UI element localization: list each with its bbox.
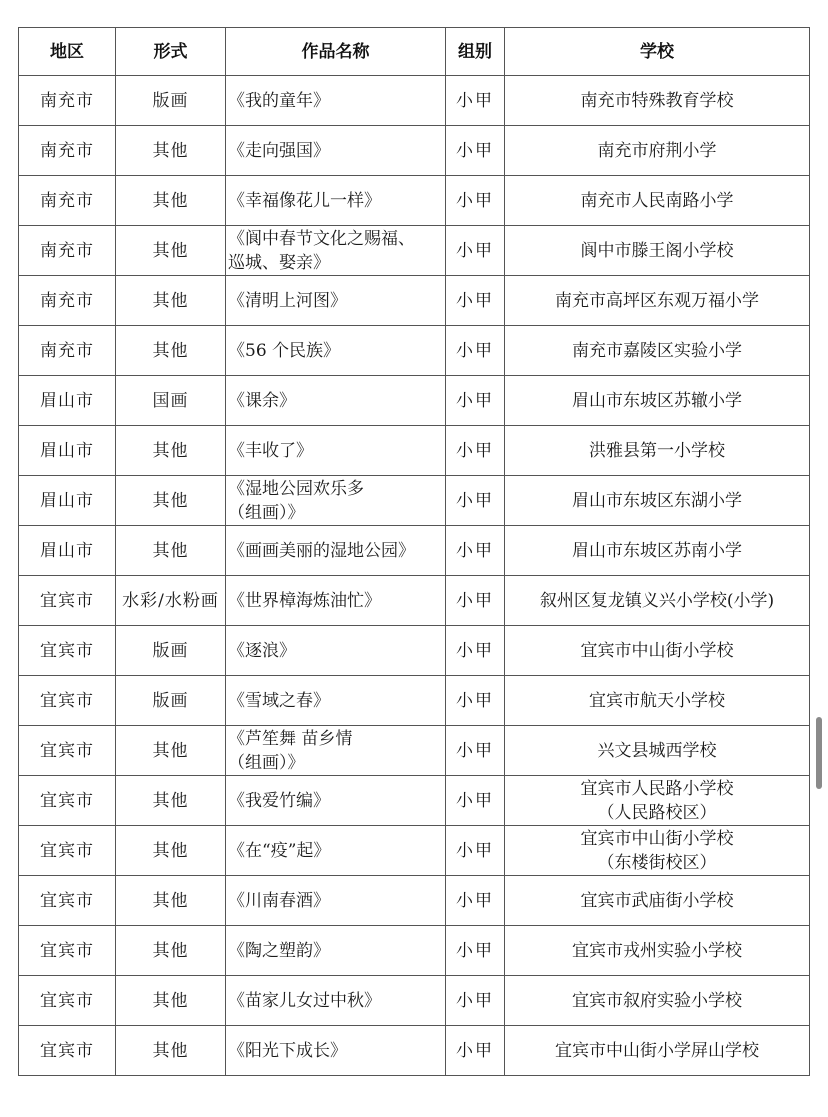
cell-region: 宜宾市 xyxy=(19,676,116,726)
cell-form: 其他 xyxy=(116,776,226,826)
cell-form: 其他 xyxy=(116,426,226,476)
cell-school: 宜宾市航天小学校 xyxy=(505,676,810,726)
cell-school: 宜宾市武庙街小学校 xyxy=(505,876,810,926)
cell-school: 眉山市东坡区东湖小学 xyxy=(505,476,810,526)
cell-title: 《川南春酒》 xyxy=(226,876,446,926)
cell-region: 宜宾市 xyxy=(19,626,116,676)
header-group: 组别 xyxy=(446,28,505,76)
cell-school-line: 宜宾市叙府实验小学校 xyxy=(507,989,807,1013)
award-list-table: 地区 形式 作品名称 组别 学校 南充市版画《我的童年》小甲南充市特殊教育学校南… xyxy=(18,27,810,1076)
cell-school-line: 宜宾市中山街小学校 xyxy=(507,639,807,663)
cell-school: 宜宾市人民路小学校（人民路校区） xyxy=(505,776,810,826)
cell-region: 眉山市 xyxy=(19,526,116,576)
cell-school: 南充市人民南路小学 xyxy=(505,176,810,226)
cell-group: 小甲 xyxy=(446,176,505,226)
cell-group: 小甲 xyxy=(446,376,505,426)
cell-title: 《幸福像花儿一样》 xyxy=(226,176,446,226)
cell-form: 其他 xyxy=(116,326,226,376)
cell-title: 《苗家儿女过中秋》 xyxy=(226,976,446,1026)
cell-school-line: 南充市人民南路小学 xyxy=(507,189,807,213)
table-row: 宜宾市版画《雪域之春》小甲宜宾市航天小学校 xyxy=(19,676,810,726)
cell-title-line: 《课余》 xyxy=(228,389,443,413)
cell-form: 其他 xyxy=(116,976,226,1026)
cell-school: 眉山市东坡区苏辙小学 xyxy=(505,376,810,426)
cell-title-line: 《幸福像花儿一样》 xyxy=(228,189,443,213)
table-row: 宜宾市水彩/水粉画《世界樟海炼油忙》小甲叙州区复龙镇义兴小学校(小学) xyxy=(19,576,810,626)
cell-title-line: 《丰收了》 xyxy=(228,439,443,463)
table-row: 南充市其他《56 个民族》小甲南充市嘉陵区实验小学 xyxy=(19,326,810,376)
cell-school-line: 眉山市东坡区苏南小学 xyxy=(507,539,807,563)
header-school: 学校 xyxy=(505,28,810,76)
cell-form: 其他 xyxy=(116,1026,226,1076)
cell-group: 小甲 xyxy=(446,626,505,676)
cell-region: 南充市 xyxy=(19,276,116,326)
vertical-scrollbar-thumb[interactable] xyxy=(816,717,822,789)
cell-form: 其他 xyxy=(116,726,226,776)
cell-title-line: （组画）》 xyxy=(228,751,443,775)
cell-form: 其他 xyxy=(116,876,226,926)
table-row: 宜宾市其他《芦笙舞 苗乡情（组画）》小甲兴文县城西学校 xyxy=(19,726,810,776)
cell-school-line: 宜宾市航天小学校 xyxy=(507,689,807,713)
cell-school-line: 眉山市东坡区东湖小学 xyxy=(507,489,807,513)
cell-title: 《雪域之春》 xyxy=(226,676,446,726)
cell-group: 小甲 xyxy=(446,826,505,876)
table-row: 宜宾市其他《在“疫”起》小甲宜宾市中山街小学校（东楼街校区） xyxy=(19,826,810,876)
cell-group: 小甲 xyxy=(446,126,505,176)
cell-title: 《世界樟海炼油忙》 xyxy=(226,576,446,626)
cell-title: 《课余》 xyxy=(226,376,446,426)
cell-region: 宜宾市 xyxy=(19,776,116,826)
cell-group: 小甲 xyxy=(446,526,505,576)
cell-school-line: 兴文县城西学校 xyxy=(507,739,807,763)
cell-title: 《画画美丽的湿地公园》 xyxy=(226,526,446,576)
table-row: 宜宾市其他《苗家儿女过中秋》小甲宜宾市叙府实验小学校 xyxy=(19,976,810,1026)
table-row: 南充市版画《我的童年》小甲南充市特殊教育学校 xyxy=(19,76,810,126)
cell-school: 南充市高坪区东观万福小学 xyxy=(505,276,810,326)
cell-school-line: （人民路校区） xyxy=(507,801,807,825)
cell-form: 其他 xyxy=(116,526,226,576)
cell-title: 《湿地公园欢乐多（组画）》 xyxy=(226,476,446,526)
cell-title: 《阳光下成长》 xyxy=(226,1026,446,1076)
table-row: 眉山市其他《画画美丽的湿地公园》小甲眉山市东坡区苏南小学 xyxy=(19,526,810,576)
cell-title-line: 《川南春酒》 xyxy=(228,889,443,913)
cell-form: 版画 xyxy=(116,76,226,126)
cell-school-line: 洪雅县第一小学校 xyxy=(507,439,807,463)
cell-region: 眉山市 xyxy=(19,476,116,526)
cell-group: 小甲 xyxy=(446,276,505,326)
cell-form: 其他 xyxy=(116,176,226,226)
cell-school-line: （东楼街校区） xyxy=(507,851,807,875)
cell-title-line: 《湿地公园欢乐多 xyxy=(228,477,443,501)
cell-group: 小甲 xyxy=(446,426,505,476)
table-row: 宜宾市其他《阳光下成长》小甲宜宾市中山街小学屏山学校 xyxy=(19,1026,810,1076)
cell-form: 版画 xyxy=(116,676,226,726)
cell-school-line: 叙州区复龙镇义兴小学校(小学) xyxy=(507,589,807,613)
cell-region: 宜宾市 xyxy=(19,976,116,1026)
cell-region: 南充市 xyxy=(19,76,116,126)
cell-school-line: 宜宾市戎州实验小学校 xyxy=(507,939,807,963)
cell-school: 宜宾市叙府实验小学校 xyxy=(505,976,810,1026)
cell-title: 《阆中春节文化之赐福、巡城、娶亲》 xyxy=(226,226,446,276)
cell-title-line: 《阆中春节文化之赐福、 xyxy=(228,227,443,251)
cell-group: 小甲 xyxy=(446,1026,505,1076)
header-region: 地区 xyxy=(19,28,116,76)
cell-title-line: 《雪域之春》 xyxy=(228,689,443,713)
cell-title-line: 《阳光下成长》 xyxy=(228,1039,443,1063)
cell-title-line: 《逐浪》 xyxy=(228,639,443,663)
cell-school: 南充市嘉陵区实验小学 xyxy=(505,326,810,376)
table-body: 南充市版画《我的童年》小甲南充市特殊教育学校南充市其他《走向强国》小甲南充市府荆… xyxy=(19,76,810,1076)
cell-form: 其他 xyxy=(116,826,226,876)
cell-school: 叙州区复龙镇义兴小学校(小学) xyxy=(505,576,810,626)
cell-region: 宜宾市 xyxy=(19,726,116,776)
cell-form: 其他 xyxy=(116,476,226,526)
cell-title-line: 《我的童年》 xyxy=(228,89,443,113)
table-row: 眉山市其他《丰收了》小甲洪雅县第一小学校 xyxy=(19,426,810,476)
cell-region: 南充市 xyxy=(19,126,116,176)
cell-form: 其他 xyxy=(116,226,226,276)
table-row: 宜宾市其他《我爱竹编》小甲宜宾市人民路小学校（人民路校区） xyxy=(19,776,810,826)
cell-school-line: 南充市特殊教育学校 xyxy=(507,89,807,113)
cell-title: 《在“疫”起》 xyxy=(226,826,446,876)
cell-school-line: 宜宾市中山街小学校 xyxy=(507,827,807,851)
cell-group: 小甲 xyxy=(446,326,505,376)
cell-school: 眉山市东坡区苏南小学 xyxy=(505,526,810,576)
cell-group: 小甲 xyxy=(446,476,505,526)
cell-school-line: 南充市府荆小学 xyxy=(507,139,807,163)
table-row: 南充市其他《走向强国》小甲南充市府荆小学 xyxy=(19,126,810,176)
cell-school-line: 眉山市东坡区苏辙小学 xyxy=(507,389,807,413)
cell-title-line: 《在“疫”起》 xyxy=(228,839,443,863)
cell-group: 小甲 xyxy=(446,976,505,1026)
cell-title-line: 《清明上河图》 xyxy=(228,289,443,313)
table-row: 宜宾市其他《川南春酒》小甲宜宾市武庙街小学校 xyxy=(19,876,810,926)
cell-title-line: 《画画美丽的湿地公园》 xyxy=(228,539,443,563)
cell-school: 宜宾市中山街小学校 xyxy=(505,626,810,676)
cell-title: 《我的童年》 xyxy=(226,76,446,126)
document-table-container: 地区 形式 作品名称 组别 学校 南充市版画《我的童年》小甲南充市特殊教育学校南… xyxy=(18,27,809,1076)
cell-form: 其他 xyxy=(116,926,226,976)
cell-title-line: 巡城、娶亲》 xyxy=(228,251,443,275)
cell-form: 其他 xyxy=(116,126,226,176)
cell-form: 其他 xyxy=(116,276,226,326)
cell-form: 水彩/水粉画 xyxy=(116,576,226,626)
cell-region: 宜宾市 xyxy=(19,826,116,876)
cell-title-line: 《走向强国》 xyxy=(228,139,443,163)
cell-title-line: 《世界樟海炼油忙》 xyxy=(228,589,443,613)
table-row: 南充市其他《阆中春节文化之赐福、巡城、娶亲》小甲阆中市滕王阁小学校 xyxy=(19,226,810,276)
cell-title: 《丰收了》 xyxy=(226,426,446,476)
cell-title-line: 《56 个民族》 xyxy=(228,339,443,363)
cell-region: 眉山市 xyxy=(19,376,116,426)
cell-school-line: 阆中市滕王阁小学校 xyxy=(507,239,807,263)
cell-school: 南充市府荆小学 xyxy=(505,126,810,176)
cell-region: 南充市 xyxy=(19,176,116,226)
cell-group: 小甲 xyxy=(446,576,505,626)
cell-school: 宜宾市中山街小学屏山学校 xyxy=(505,1026,810,1076)
cell-school: 兴文县城西学校 xyxy=(505,726,810,776)
cell-title: 《我爱竹编》 xyxy=(226,776,446,826)
cell-form: 国画 xyxy=(116,376,226,426)
cell-title: 《56 个民族》 xyxy=(226,326,446,376)
cell-school: 宜宾市戎州实验小学校 xyxy=(505,926,810,976)
header-form: 形式 xyxy=(116,28,226,76)
cell-school-line: 宜宾市武庙街小学校 xyxy=(507,889,807,913)
cell-region: 宜宾市 xyxy=(19,876,116,926)
cell-title: 《走向强国》 xyxy=(226,126,446,176)
table-row: 南充市其他《清明上河图》小甲南充市高坪区东观万福小学 xyxy=(19,276,810,326)
cell-group: 小甲 xyxy=(446,876,505,926)
cell-form: 版画 xyxy=(116,626,226,676)
cell-group: 小甲 xyxy=(446,776,505,826)
table-row: 眉山市其他《湿地公园欢乐多（组画）》小甲眉山市东坡区东湖小学 xyxy=(19,476,810,526)
table-row: 宜宾市其他《陶之塑韵》小甲宜宾市戎州实验小学校 xyxy=(19,926,810,976)
cell-school: 阆中市滕王阁小学校 xyxy=(505,226,810,276)
cell-region: 宜宾市 xyxy=(19,576,116,626)
cell-region: 南充市 xyxy=(19,226,116,276)
cell-region: 宜宾市 xyxy=(19,1026,116,1076)
cell-school: 宜宾市中山街小学校（东楼街校区） xyxy=(505,826,810,876)
header-title: 作品名称 xyxy=(226,28,446,76)
cell-group: 小甲 xyxy=(446,76,505,126)
cell-title-line: 《陶之塑韵》 xyxy=(228,939,443,963)
cell-group: 小甲 xyxy=(446,926,505,976)
cell-region: 宜宾市 xyxy=(19,926,116,976)
table-row: 南充市其他《幸福像花儿一样》小甲南充市人民南路小学 xyxy=(19,176,810,226)
cell-school-line: 南充市嘉陵区实验小学 xyxy=(507,339,807,363)
cell-title: 《逐浪》 xyxy=(226,626,446,676)
cell-title-line: 《芦笙舞 苗乡情 xyxy=(228,727,443,751)
cell-title-line: 《苗家儿女过中秋》 xyxy=(228,989,443,1013)
cell-title: 《清明上河图》 xyxy=(226,276,446,326)
table-header-row: 地区 形式 作品名称 组别 学校 xyxy=(19,28,810,76)
cell-school-line: 宜宾市人民路小学校 xyxy=(507,777,807,801)
cell-school: 洪雅县第一小学校 xyxy=(505,426,810,476)
cell-title-line: 《我爱竹编》 xyxy=(228,789,443,813)
table-row: 宜宾市版画《逐浪》小甲宜宾市中山街小学校 xyxy=(19,626,810,676)
cell-group: 小甲 xyxy=(446,726,505,776)
cell-school-line: 南充市高坪区东观万福小学 xyxy=(507,289,807,313)
cell-title-line: （组画）》 xyxy=(228,501,443,525)
cell-group: 小甲 xyxy=(446,676,505,726)
cell-title: 《陶之塑韵》 xyxy=(226,926,446,976)
cell-region: 眉山市 xyxy=(19,426,116,476)
cell-region: 南充市 xyxy=(19,326,116,376)
cell-group: 小甲 xyxy=(446,226,505,276)
cell-school-line: 宜宾市中山街小学屏山学校 xyxy=(507,1039,807,1063)
cell-school: 南充市特殊教育学校 xyxy=(505,76,810,126)
table-row: 眉山市国画《课余》小甲眉山市东坡区苏辙小学 xyxy=(19,376,810,426)
cell-title: 《芦笙舞 苗乡情（组画）》 xyxy=(226,726,446,776)
